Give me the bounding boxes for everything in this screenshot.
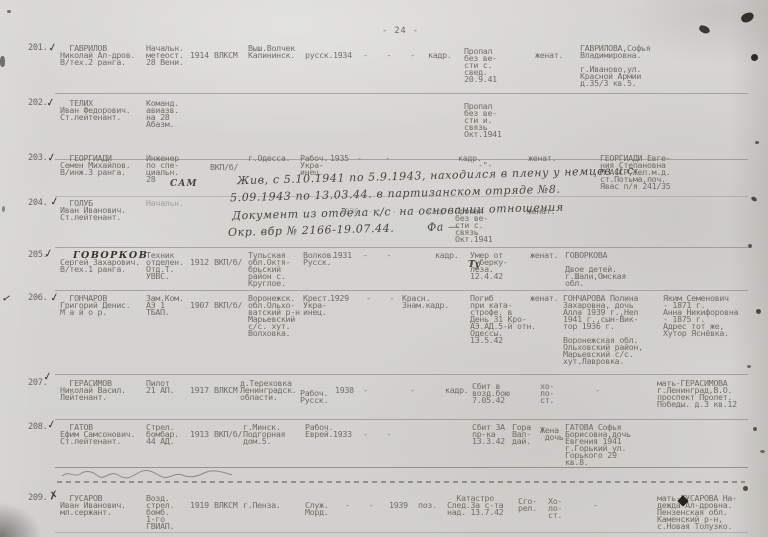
cell-birth-year: 1919 [190,502,209,509]
cell-dashes: - - [345,502,373,509]
cell-birthplace: Выш.Волчек Калининск. [248,45,295,59]
cell-fate: Пропал без ве- сти с. свед. 20.9.41 [464,48,497,83]
cell-marital: женат. [528,155,556,162]
cell-name: ГЕРАСИМОВ Николай Васил. Лейтенант. [60,380,126,401]
cell-position: Команд. авиазв. на 28 Абазм. [146,100,179,128]
punch-hole [751,54,758,61]
cell-family: ГАВРИЛОВА,Софья Владимировна. г.Иваново,… [580,45,650,87]
row-separator [55,93,748,94]
cell-birth-year: 1914 [190,52,209,59]
cell-name: Сергей Захарович. В/тех.1 ранга. [60,259,140,273]
cell-position: Начальн. [146,200,184,207]
ink-blot [760,450,765,453]
cell-row-number: 209. [28,495,48,502]
cell-enlist-year: 1935 [330,155,349,162]
cell-marital: женат. [530,252,558,259]
handwritten-annotation-line: Документ из отдела к/с на основании отно… [232,201,564,223]
cell-marital: Жена дочь [540,427,563,441]
row-separator [55,290,748,291]
cell-birthplace: Тульская обл.Октя- брьский район с. Круг… [248,252,290,287]
handwritten-annotation-line: Жив, с 5.10.1941 по 5.9.1943, находился … [237,164,634,187]
cell-marital: женат. [530,295,558,302]
margin-checkmark: ✓ [1,291,13,306]
cell-party: ВКП/б/ [214,259,242,266]
cell-position: Стрел. бомбар. 44 АД. [146,424,179,445]
cell-party: ВКП/б/ [214,302,242,309]
cell-dashes: - - [363,431,391,438]
ink-blot [747,365,751,368]
cell-fate: Погиб при ката- строфе. в День 31 Кро- А… [470,295,536,344]
cell-row-number: 202. [28,100,48,107]
cell-note: поз. [418,502,437,509]
cell-fate: Сбит ЗА пр-ка 13.3.42 [472,424,505,445]
row-separator [55,374,748,375]
handwritten-checkmark: ✓ [45,95,57,110]
cell-birthplace: д.Тереховка Ленинградск. области. [240,380,296,401]
cell-party: ВЛКСМ [214,387,237,394]
cell-birthplace: Воронежск. обл.Ольхо- ватский р-н Марьев… [248,295,300,337]
ink-blot [7,10,11,13]
cell-position: Начальн. метеост. 28 Вени. [146,45,184,66]
cell-dashes: - - - [363,52,415,59]
typed-dashed-line [57,481,745,483]
cell-place: Гора Вал- дай. [512,424,531,445]
cell-row-number: 201. [28,45,48,52]
cell-name: ГЕОРГИАДИ Семен Михайлов. В/инж.3 ранга. [60,155,130,176]
cell-name: ГУСАРОВ Иван Иванович. мл.сержант. [60,495,126,516]
cell-cadre: кадр. [428,52,451,59]
cell-birth-year: 1913 [190,431,209,438]
handwritten-checkmark: ✓ [42,369,54,384]
cell-enlist-year: 1938 [335,387,354,394]
handwritten-checkmark: ✓ [47,40,59,55]
ink-blot [756,309,761,314]
cell-fate: Катастро След.За с-та над. 13.7.42 [447,495,503,516]
cell-social-origin: Рабоч. Еврей. [305,424,333,438]
cell-social-origin: Служ. Морд. [305,502,328,516]
cell-relatives: мать-ГУСАРОВА На- дежда Ал-дровна. Пензе… [657,495,737,530]
cell-birthplace: г.Минск. Подгорная дом.5. [243,424,285,445]
cell-enlist-year: 1934 [333,52,352,59]
cell-row-number: 204. [28,200,48,207]
cell-enlist-year: 1933 [333,431,352,438]
cell-birthplace: г.Одесса. [248,155,290,162]
handwritten-note: Ту [468,260,480,270]
cell-social-origin: русск. [305,52,333,59]
handwritten-checkmark: ✓ [49,290,61,305]
cell-marital: женат. [535,52,563,59]
cell-row-number: 206. [28,295,48,302]
cell-name: ГОЛУБ Иван Иванович. Ст.лейтенант. [60,200,126,221]
ink-blot [753,427,757,431]
row-separator [55,419,748,420]
cell-birth-year: 1912 [190,259,209,266]
cell-cadre: кадр. [445,387,468,394]
cell-birth-year: 1907 [190,302,209,309]
cell-party: ВЛКСМ [214,52,237,59]
handwritten-checkmark: ✓ [43,246,55,261]
cell-extra: Красн. Знам.кадр. [402,295,449,309]
ink-blot [2,206,5,212]
cell-name: ГАВРИЛОВ Николай Ал-дров. В/тех.2 ранга. [60,45,135,66]
cell-party: ВКП/б/ [210,164,238,171]
cell-family: ГОНЧАРОВА Полина Захаровна, дочь Алла 19… [563,295,643,365]
cell-family: ГАТОВА Софья Борисовна,дочь Евгения 1941… [565,424,631,466]
cell-fate: Сбит в возд.бою 7.05.42 [472,383,510,404]
row-separator [55,532,748,533]
cell-marital: Хо- ло- ст. [548,498,562,519]
ink-blot [755,141,759,144]
cell-place: Сго- рел. [518,498,537,512]
ink-blot [0,56,5,67]
cell-party: ВЛКСМ [214,502,237,509]
cell-enlist-year: 1939 [389,502,408,509]
cell-dashes: - - [357,155,390,162]
handwritten-checkmark: ✗ [48,488,60,503]
ink-blot [743,486,748,491]
cell-dash: - [595,387,600,394]
cell-dashes: - - [366,295,394,302]
cell-position: Зам.Ком. АЭ 1 ТБАП. [146,295,184,316]
cell-name: ТЕЛИХ Иван Федорович. Ст.лейтенант. [60,100,130,121]
cell-position: Пилот 21 АП. [146,380,174,394]
cell-enlist-year: 1931 [333,252,352,259]
ink-blot [748,244,752,248]
cell-name: ГАТОВ Ефим Самсонович. Ст.лейтенант. [60,424,135,445]
row-separator [55,247,748,248]
cell-birth-year: 1917 [190,387,209,394]
cell-dashes: - - [363,387,415,394]
cell-row-number: 208. [28,424,48,431]
cell-cadre: кадр. [435,252,458,259]
page-number: - 24 - [382,26,419,36]
cell-family: ГОВОРКОВА Двое детей. г.Шали,Омская обл. [565,252,626,287]
cell-social-origin: Крест. Укра- инец. [303,295,331,316]
torn-corner-mark [740,11,755,23]
cell-birthplace: г.Пенза. [243,502,281,509]
cell-marital: хо- ло- ст. [540,383,554,404]
handwritten-checkmark: ✓ [46,150,58,165]
cell-position: Возд. стрел. бомб. 1-го ГВИАП. [146,495,174,530]
torn-corner-mark [698,24,711,34]
cell-relatives: мать-ГЕРАСИМОВА г.Ленинград,В.О. проспек… [657,380,737,408]
cell-row-number: 203. [28,155,48,162]
handwritten-note: САМ [170,179,197,189]
cell-social-origin: Рабоч. Русск. [300,390,328,404]
cell-party: ВКП/б/ [214,431,242,438]
cell-dash: - [593,502,598,509]
cell-relatives: Яким Семенович - 1871 г. Анна Никифоровн… [663,295,738,337]
cell-enlist-year: 1929 [330,295,349,302]
cell-position: Техник отделен. Отд.Т. УВВС. [146,252,184,280]
ink-blot [750,196,757,202]
cell-name: ГОНЧАРОВ Григорий Денис. М а й о р. [60,295,130,316]
cell-dashes: - - [363,252,391,259]
scanned-document-page: - 24 - 201. ✓ ГАВРИЛОВ Николай Ал-дров. … [0,0,768,537]
handwritten-scribble [60,468,240,480]
cell-social-origin: Волков. Русск. [303,252,336,266]
handwritten-annotation-line: Окр. вбр № 2166-19.07.44. Фа — [228,220,460,239]
cell-fate: Пропал без ве- сти и. связь Окт.1941 [464,103,502,138]
